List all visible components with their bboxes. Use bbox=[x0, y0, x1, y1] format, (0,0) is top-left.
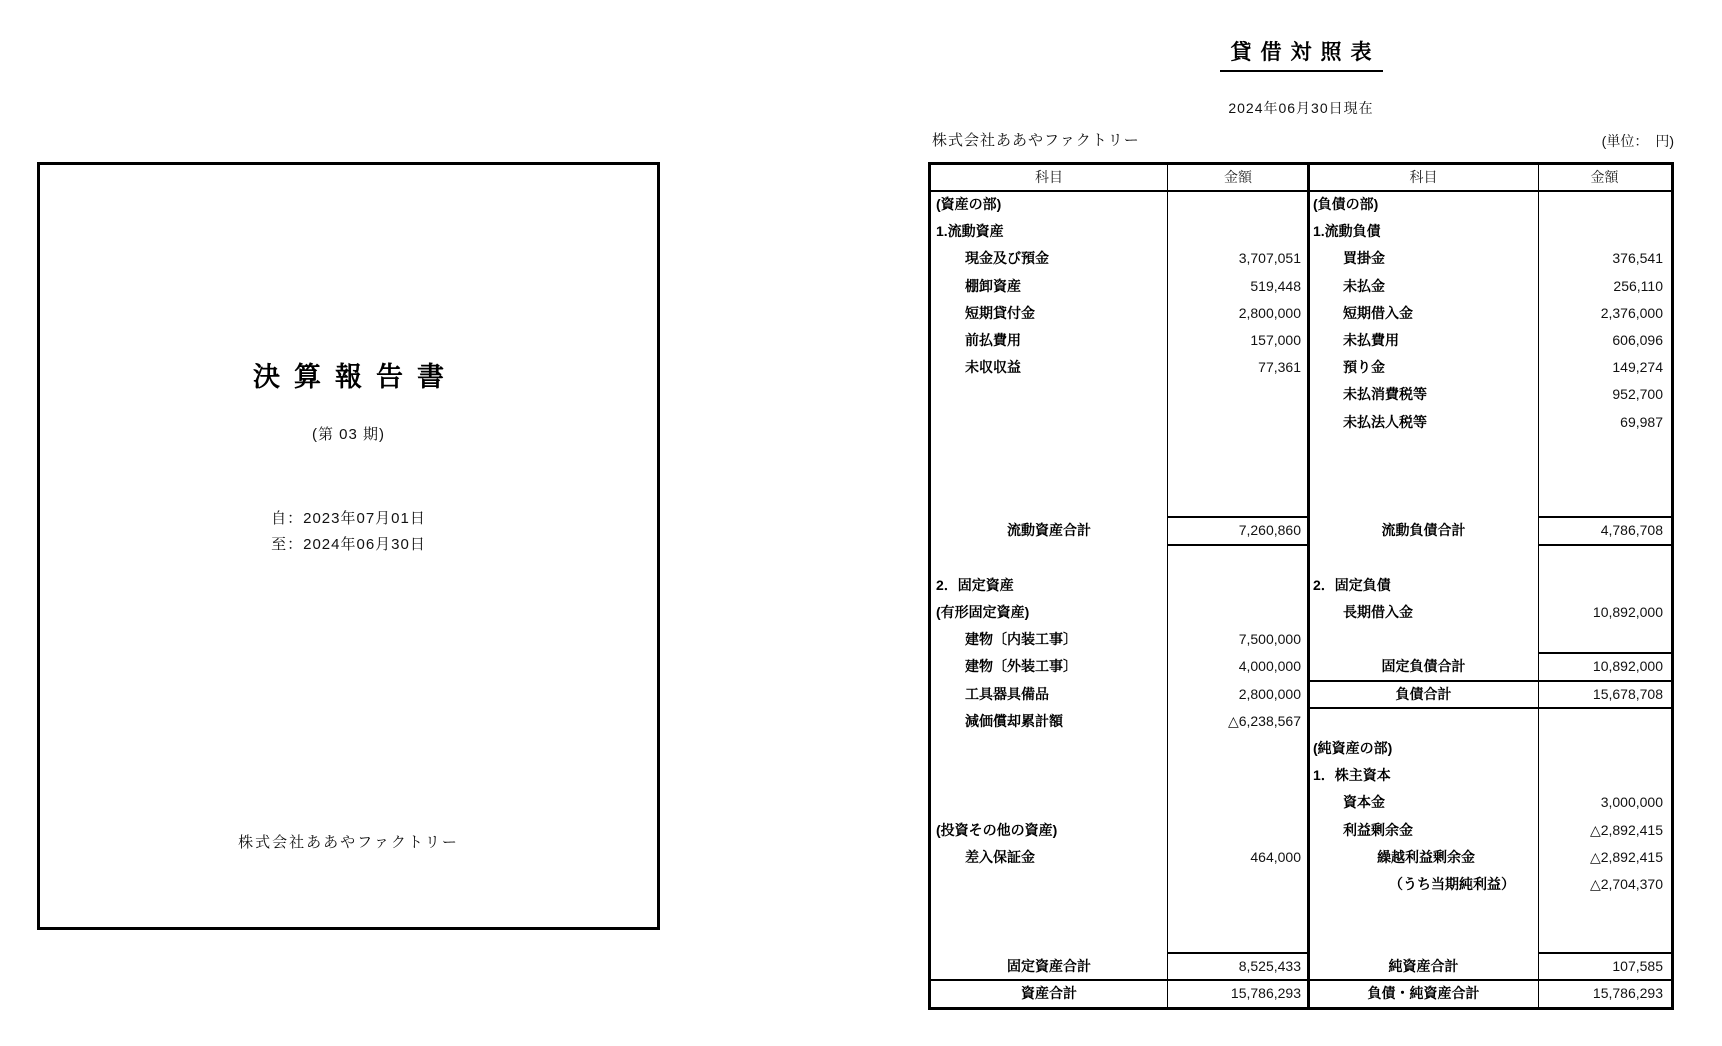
header-bottom-rule bbox=[931, 190, 1671, 192]
total-amount: 15,786,293 bbox=[1167, 980, 1301, 1007]
subtotal-label: 純資産合計 bbox=[1309, 953, 1538, 980]
section-label: 2．固定負債 bbox=[1313, 572, 1391, 599]
account-label: 繰越利益剰余金 bbox=[1377, 844, 1475, 871]
account-label: 差入保証金 bbox=[965, 844, 1035, 871]
section-label: (資産の部) bbox=[936, 191, 1001, 218]
amount-value: 2,376,000 bbox=[1538, 300, 1663, 327]
account-label: 利益剰余金 bbox=[1343, 817, 1413, 844]
section-label: 2．固定資産 bbox=[936, 572, 1014, 599]
subtotal-label: 流動負債合計 bbox=[1309, 517, 1538, 544]
amount-value: 69,987 bbox=[1538, 409, 1663, 436]
amount-value: 4,000,000 bbox=[1167, 653, 1301, 680]
total-label: 負債・純資産合計 bbox=[1309, 980, 1538, 1007]
subtotal-amount: 7,260,860 bbox=[1167, 517, 1301, 544]
total-label: 資産合計 bbox=[931, 980, 1167, 1007]
account-label: 資本金 bbox=[1343, 789, 1385, 816]
account-label: 未払法人税等 bbox=[1343, 409, 1427, 436]
page: { "cover": { "title": "決算報告書", "fiscal_p… bbox=[0, 0, 1722, 1046]
balance-sheet-company-name: 株式会社ああやファクトリー bbox=[932, 129, 1140, 150]
section-label: 1．株主資本 bbox=[1313, 762, 1391, 789]
amount-value: 2,800,000 bbox=[1167, 300, 1301, 327]
account-label: 未払消費税等 bbox=[1343, 381, 1427, 408]
account-label: 未収収益 bbox=[965, 354, 1021, 381]
table-center-divider bbox=[1307, 165, 1310, 1007]
account-label: 建物〔外装工事〕 bbox=[965, 653, 1077, 680]
total-amount: 15,678,708 bbox=[1538, 681, 1663, 708]
amount-value: △2,892,415 bbox=[1538, 817, 1663, 844]
account-label: 減価償却累計額 bbox=[965, 708, 1063, 735]
amount-header: 金額 bbox=[1167, 165, 1309, 190]
amount-value: △6,238,567 bbox=[1167, 708, 1301, 735]
account-label: 長期借入金 bbox=[1343, 599, 1413, 626]
amount-value: 519,448 bbox=[1167, 273, 1301, 300]
amount-value: △2,892,415 bbox=[1538, 844, 1663, 871]
amount-value: 3,000,000 bbox=[1538, 789, 1663, 816]
account-label: 短期借入金 bbox=[1343, 300, 1413, 327]
account-header: 科目 bbox=[931, 165, 1167, 190]
subtotal-amount: 8,525,433 bbox=[1167, 953, 1301, 980]
account-label: 未払金 bbox=[1343, 273, 1385, 300]
amount-value: 376,541 bbox=[1538, 245, 1663, 272]
section-label: (負債の部) bbox=[1313, 191, 1378, 218]
balance-sheet-title: 貸借対照表 bbox=[1101, 36, 1501, 72]
cover-page-border: 決算報告書 (第 03 期) 自：2023年07月01日 至：2024年06月3… bbox=[37, 162, 660, 930]
account-label: 預り金 bbox=[1343, 354, 1385, 381]
account-label: 建物〔内装工事〕 bbox=[965, 626, 1077, 653]
amount-value: 464,000 bbox=[1167, 844, 1301, 871]
subtotal-label: 固定負債合計 bbox=[1309, 653, 1538, 680]
section-label: 1.流動負債 bbox=[1313, 218, 1381, 245]
section-label: 1.流動資産 bbox=[936, 218, 1004, 245]
subtotal-label: 流動資産合計 bbox=[931, 517, 1167, 544]
subtotal-label: 固定資産合計 bbox=[931, 953, 1167, 980]
account-label: 工具器具備品 bbox=[965, 681, 1049, 708]
account-label: 前払費用 bbox=[965, 327, 1021, 354]
amount-value: 157,000 bbox=[1167, 327, 1301, 354]
subtotal-amount: 10,892,000 bbox=[1538, 653, 1663, 680]
amount-value: 149,274 bbox=[1538, 354, 1663, 381]
account-label: 短期貸付金 bbox=[965, 300, 1035, 327]
section-label: (純資産の部) bbox=[1313, 735, 1392, 762]
subtotal-amount: 107,585 bbox=[1538, 953, 1663, 980]
amount-value: 606,096 bbox=[1538, 327, 1663, 354]
total-label: 負債合計 bbox=[1309, 681, 1538, 708]
period-from: 自：2023年07月01日 bbox=[40, 507, 657, 528]
amount-value: 7,500,000 bbox=[1167, 626, 1301, 653]
period-to: 至：2024年06月30日 bbox=[40, 533, 657, 554]
total-amount: 15,786,293 bbox=[1538, 980, 1663, 1007]
section-label: (有形固定資産) bbox=[936, 599, 1029, 626]
account-label: 現金及び預金 bbox=[965, 245, 1049, 272]
account-label: 棚卸資産 bbox=[965, 273, 1021, 300]
account-label: （うち当期純利益） bbox=[1389, 871, 1515, 898]
report-title: 決算報告書 bbox=[40, 355, 657, 394]
balance-sheet-as-of-date: 2024年06月30日現在 bbox=[1101, 98, 1501, 118]
subtotal-amount: 4,786,708 bbox=[1538, 517, 1663, 544]
cover-company-name: 株式会社ああやファクトリー bbox=[40, 831, 657, 852]
balance-sheet-title-text: 貸借対照表 bbox=[1220, 36, 1383, 72]
amount-value: 10,892,000 bbox=[1538, 599, 1663, 626]
balance-sheet-table: 科目 金額 科目 金額 (資産の部) 1.流動資産 現金及び預金 棚卸資産 短期… bbox=[928, 162, 1674, 1010]
account-label: 未払費用 bbox=[1343, 327, 1399, 354]
amount-value: 3,707,051 bbox=[1167, 245, 1301, 272]
amount-value: △2,704,370 bbox=[1538, 871, 1663, 898]
amount-value: 2,800,000 bbox=[1167, 681, 1301, 708]
account-header: 科目 bbox=[1309, 165, 1538, 190]
account-label: 買掛金 bbox=[1343, 245, 1385, 272]
fiscal-period: (第 03 期) bbox=[40, 423, 657, 444]
section-label: (投資その他の資産) bbox=[936, 817, 1057, 844]
unit-label: (単位： 円) bbox=[1374, 131, 1674, 151]
amount-header: 金額 bbox=[1538, 165, 1671, 190]
amount-value: 256,110 bbox=[1538, 273, 1663, 300]
amount-value: 952,700 bbox=[1538, 381, 1663, 408]
amount-value: 77,361 bbox=[1167, 354, 1301, 381]
